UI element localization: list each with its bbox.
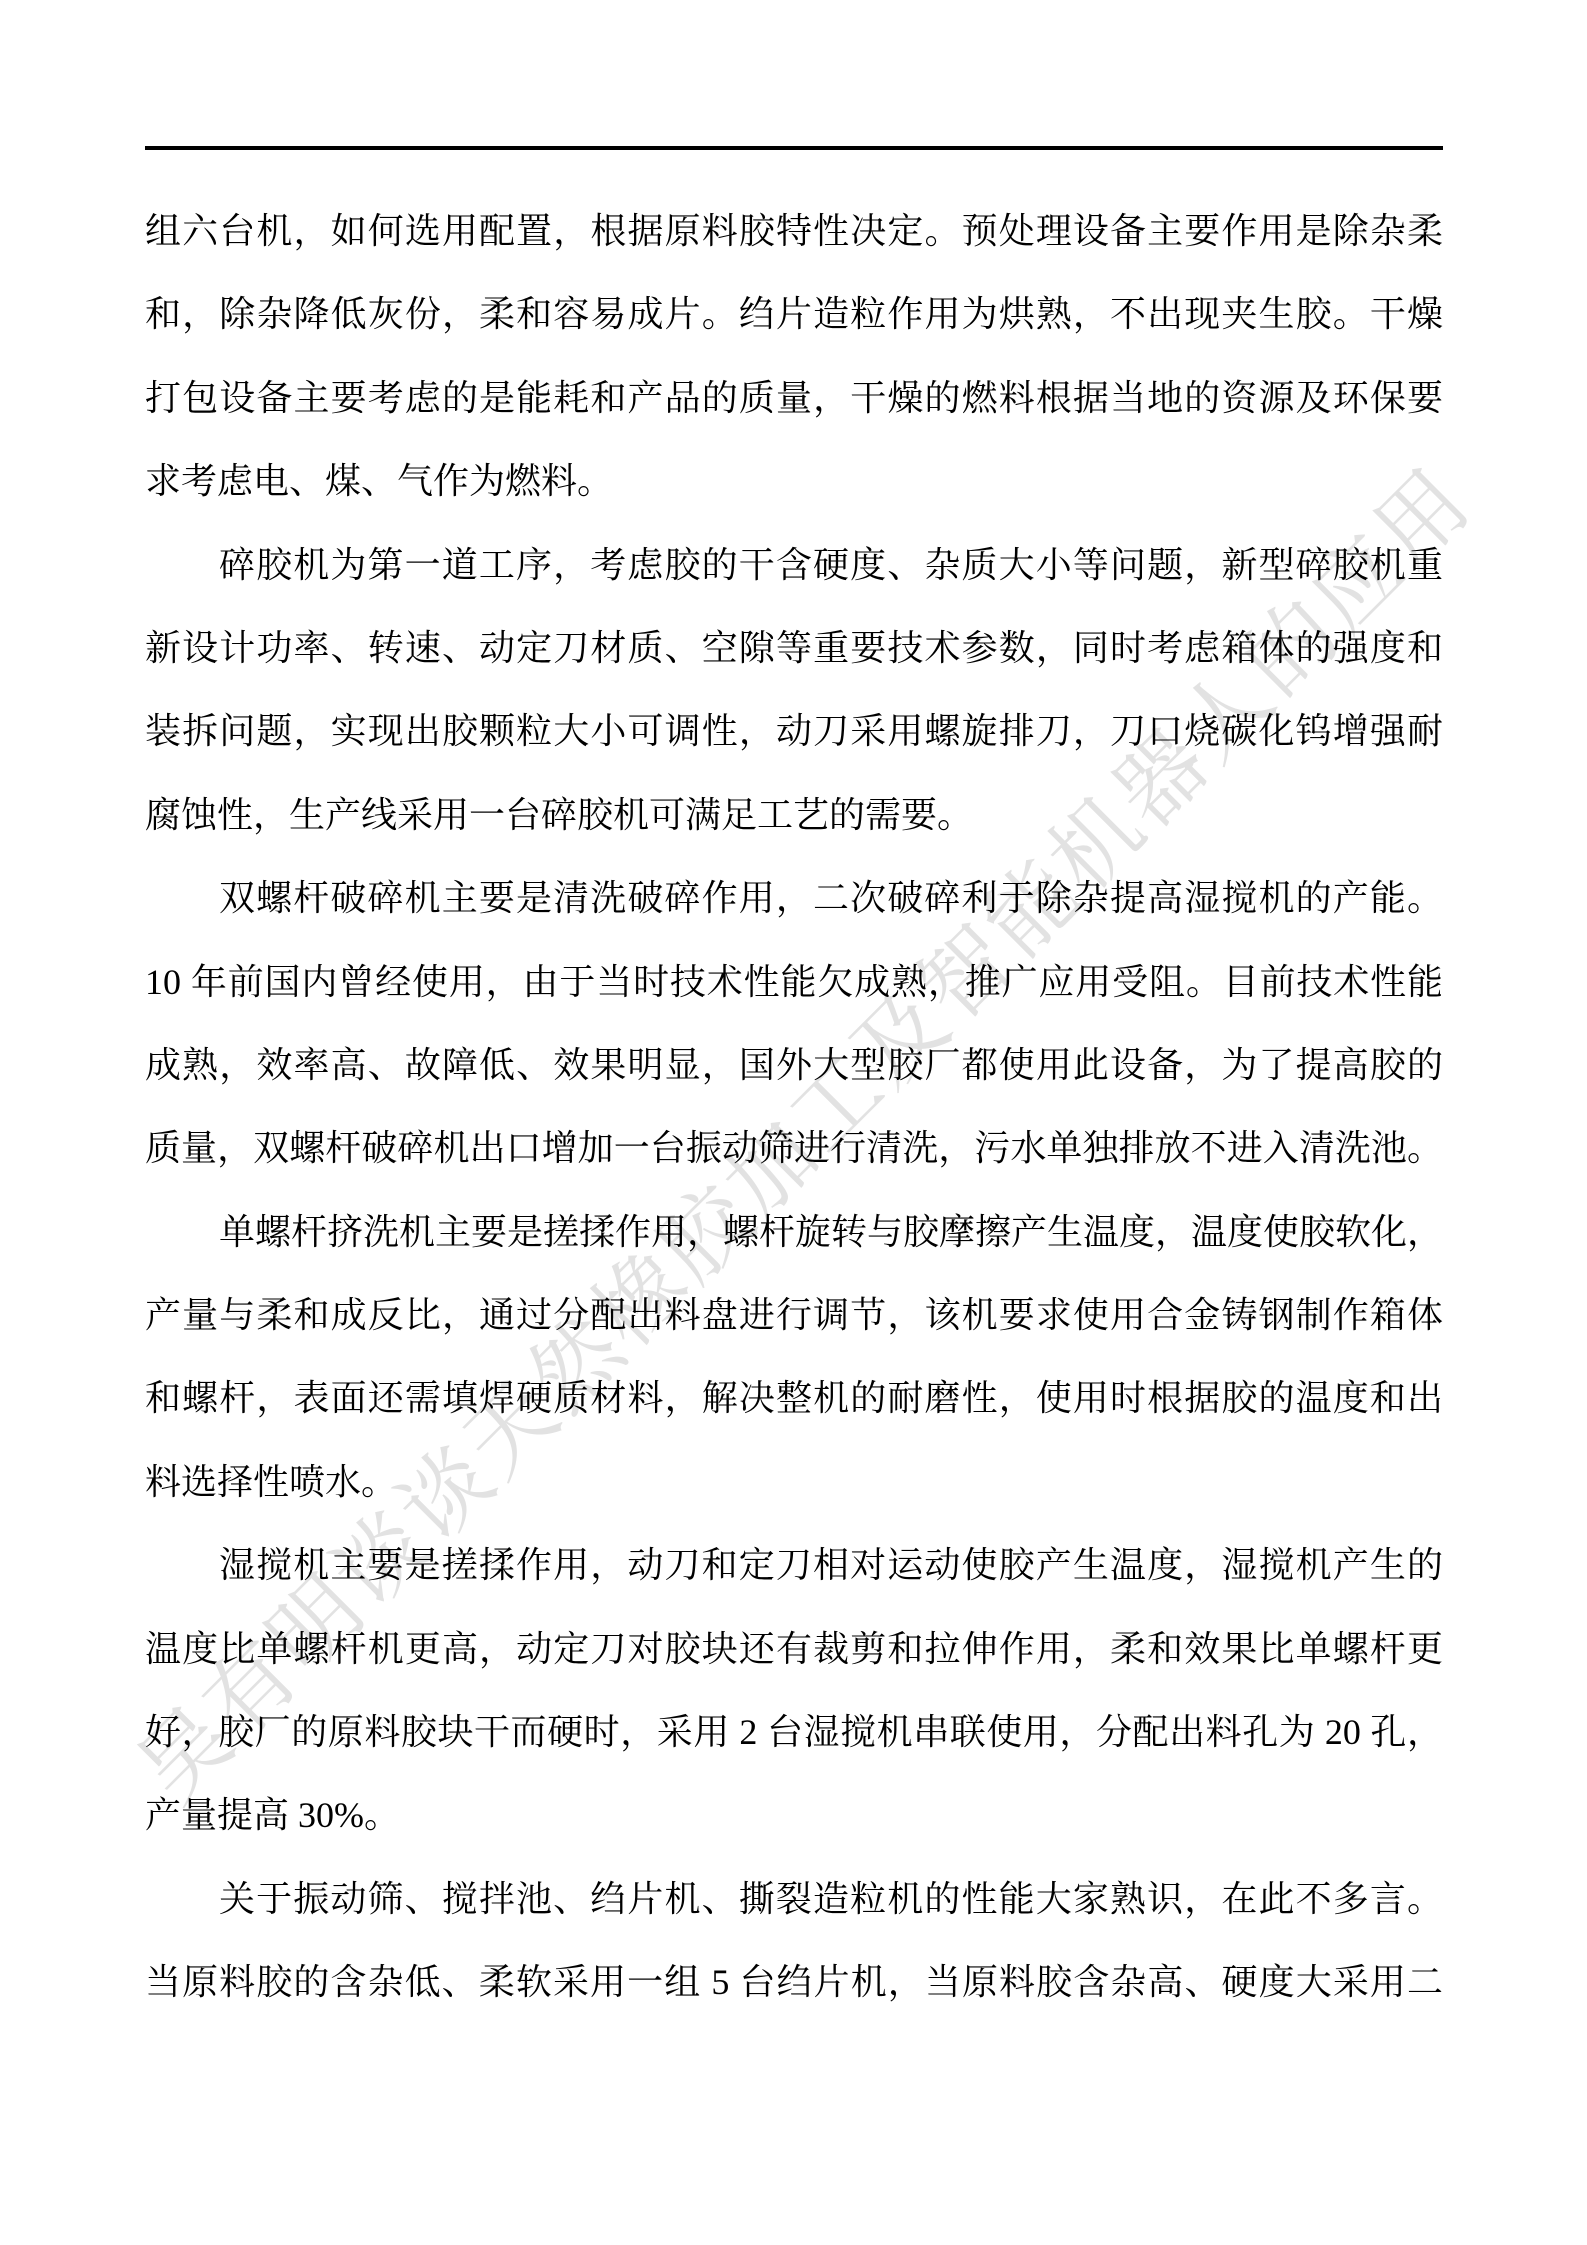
text-line: 组六台机，如何选用配置，根据原料胶特性决定。预处理设备主要作用是除杂柔 xyxy=(145,190,1443,273)
text-line: 和螺杆，表面还需填焊硬质材料，解决整机的耐磨性，使用时根据胶的温度和出 xyxy=(145,1357,1443,1440)
text-line: 质量，双螺杆破碎机出口增加一台振动筛进行清洗，污水单独排放不进入清洗池。 xyxy=(145,1107,1443,1190)
text-line: 打包设备主要考虑的是能耗和产品的质量，干燥的燃料根据当地的资源及环保要 xyxy=(145,357,1443,440)
text-line: 料选择性喷水。 xyxy=(145,1441,1443,1524)
text-line: 新设计功率、转速、动定刀材质、空隙等重要技术参数，同时考虑箱体的强度和 xyxy=(145,607,1443,690)
text-line: 求考虑电、煤、气作为燃料。 xyxy=(145,440,1443,523)
text-line: 双螺杆破碎机主要是清洗破碎作用，二次破碎利于除杂提高湿搅机的产能。 xyxy=(145,857,1443,940)
text-line: 单螺杆挤洗机主要是搓揉作用，螺杆旋转与胶摩擦产生温度，温度使胶软化， xyxy=(145,1191,1443,1274)
text-line: 湿搅机主要是搓揉作用，动刀和定刀相对运动使胶产生温度，湿搅机产生的 xyxy=(145,1524,1443,1607)
text-line: 和，除杂降低灰份，柔和容易成片。绉片造粒作用为烘熟，不出现夹生胶。干燥 xyxy=(145,273,1443,356)
document-page: 吴有明谈谈天然橡胶加工及智能机器人的应用 组六台机，如何选用配置，根据原料胶特性… xyxy=(0,0,1587,2245)
header-rule xyxy=(145,146,1443,150)
text-line: 装拆问题，实现出胶颗粒大小可调性，动刀采用螺旋排刀，刀口烧碳化钨增强耐 xyxy=(145,690,1443,773)
text-line: 关于振动筛、搅拌池、绉片机、撕裂造粒机的性能大家熟识，在此不多言。 xyxy=(145,1858,1443,1941)
text-line: 产量与柔和成反比，通过分配出料盘进行调节，该机要求使用合金铸钢制作箱体 xyxy=(145,1274,1443,1357)
text-line: 碎胶机为第一道工序，考虑胶的干含硬度、杂质大小等问题，新型碎胶机重 xyxy=(145,524,1443,607)
text-line: 腐蚀性，生产线采用一台碎胶机可满足工艺的需要。 xyxy=(145,774,1443,857)
text-line: 成熟，效率高、故障低、效果明显，国外大型胶厂都使用此设备，为了提高胶的 xyxy=(145,1024,1443,1107)
document-body: 组六台机，如何选用配置，根据原料胶特性决定。预处理设备主要作用是除杂柔和，除杂降… xyxy=(145,190,1443,2025)
text-line: 产量提高 30%。 xyxy=(145,1774,1443,1857)
text-line: 好，胶厂的原料胶块干而硬时，采用 2 台湿搅机串联使用，分配出料孔为 20 孔， xyxy=(145,1691,1443,1774)
text-line: 当原料胶的含杂低、柔软采用一组 5 台绉片机，当原料胶含杂高、硬度大采用二 xyxy=(145,1941,1443,2024)
text-line: 温度比单螺杆机更高，动定刀对胶块还有裁剪和拉伸作用，柔和效果比单螺杆更 xyxy=(145,1608,1443,1691)
text-line: 10 年前国内曾经使用，由于当时技术性能欠成熟，推广应用受阻。目前技术性能 xyxy=(145,941,1443,1024)
